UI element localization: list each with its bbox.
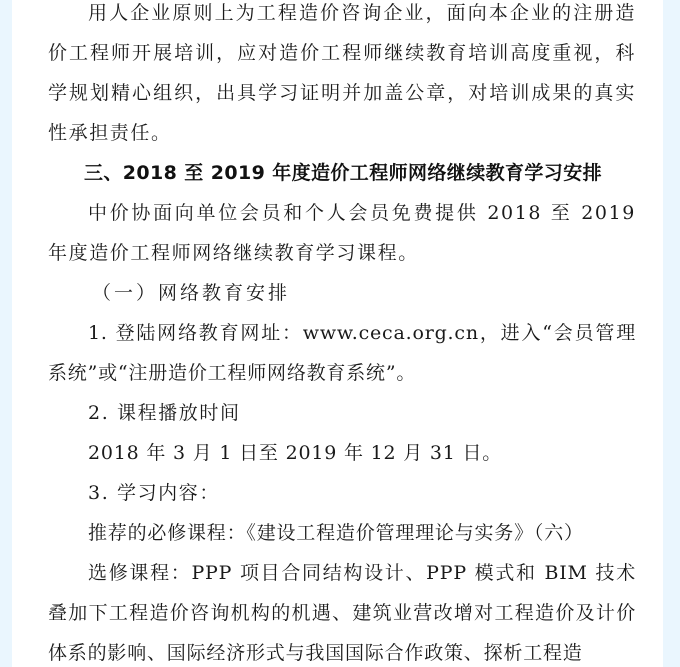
section-heading-3: 三、2018 至 2019 年度造价工程师网络继续教育学习安排 — [48, 153, 636, 193]
paragraph-free-courses: 中价协面向单位会员和个人会员免费提供 2018 至 2019 年度造价工程师网络… — [48, 193, 636, 273]
item-course-schedule: 2. 课程播放时间 — [48, 393, 636, 433]
item-login-website: 1. 登陆网络教育网址：www.ceca.org.cn，进入“会员管理系统”或“… — [48, 313, 636, 393]
required-course: 推荐的必修课程：《建设工程造价管理理论与实务》（六） — [48, 513, 636, 553]
elective-courses: 选修课程：PPP 项目合同结构设计、PPP 模式和 BIM 技术叠加下工程造价咨… — [48, 553, 636, 667]
paragraph-employer-responsibility: 用人企业原则上为工程造价咨询企业，面向本企业的注册造价工程师开展培训，应对造价工… — [48, 0, 636, 153]
subheading-online-education: （一）网络教育安排 — [48, 273, 636, 313]
item-learning-content: 3. 学习内容： — [48, 473, 636, 513]
course-date-range: 2018 年 3 月 1 日至 2019 年 12 月 31 日。 — [48, 433, 636, 473]
document-page: 用人企业原则上为工程造价咨询企业，面向本企业的注册造价工程师开展培训，应对造价工… — [12, 0, 663, 667]
document-content: 用人企业原则上为工程造价咨询企业，面向本企业的注册造价工程师开展培训，应对造价工… — [48, 0, 636, 667]
